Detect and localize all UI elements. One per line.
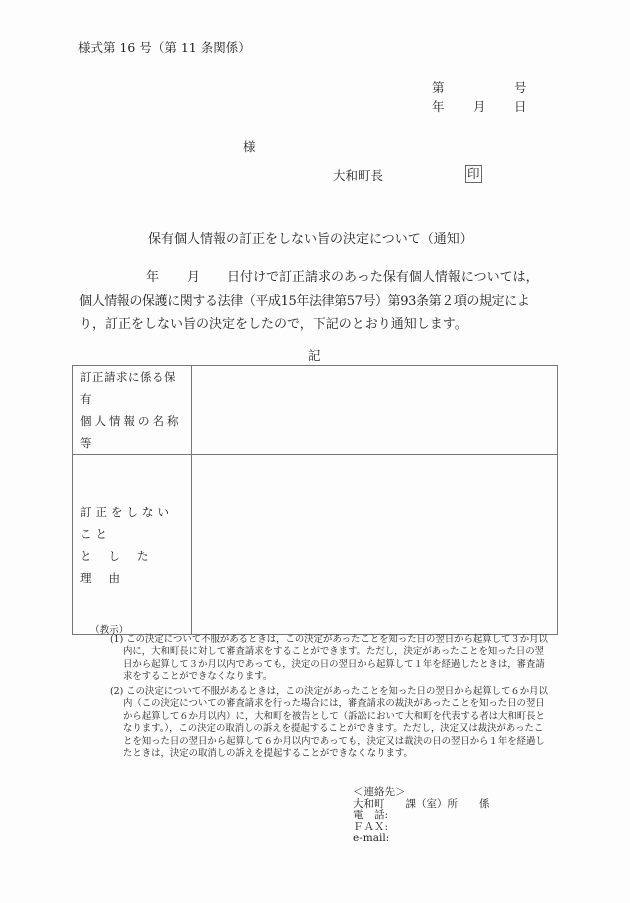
table-value-cell[interactable] (192, 455, 558, 635)
body-line2: 個人情報の保護に関する法律（平成15年法律第57号）第93条第２項の規定によ (79, 290, 529, 309)
table-label-cell: 訂正をしないこと とした理由 (73, 455, 192, 635)
body-line3: り，訂正をしない旨の決定をしたので，下記のとおり通知します。 (79, 313, 468, 332)
form-id: 様式第 16 号（第 11 条関係） (78, 38, 251, 56)
label-line: 訂正請求に係る保有 (73, 366, 191, 410)
record-heading: 記 (308, 346, 321, 364)
notice-list: (1) この決定について不服があるときは，この決定があったことを知った日の翌日か… (110, 634, 550, 760)
record-table: 訂正請求に係る保有 個人情報の名称等 訂正をしないこと とした理由 (72, 365, 558, 635)
contact-block: ＜連絡先＞ 大和町 課（室）所 係 電 話: ＦＡＸ: e-mail: (353, 787, 490, 845)
contact-heading: ＜連絡先＞ (353, 787, 490, 799)
addressee-honorific: 様 (243, 137, 256, 155)
seal-mark: 印 (465, 165, 482, 183)
body-line1: 日付けで訂正請求のあった保有個人情報については， (227, 266, 539, 285)
notice-item: (1) この決定について不服があるときは，この決定があったことを知った日の翌日か… (110, 634, 550, 686)
label-line: 個人情報の名称等 (73, 410, 191, 454)
table-value-cell[interactable] (192, 366, 558, 455)
body-year: 年 (146, 266, 159, 285)
contact-phone: 電 話: (353, 810, 490, 822)
date-year: 年 (432, 97, 445, 115)
table-row: 訂正請求に係る保有 個人情報の名称等 (73, 366, 558, 455)
notice-item: (2) この決定について不服があるときは，この決定があったことを知った日の翌日か… (110, 686, 550, 760)
notice-item-number: (2) (110, 686, 123, 697)
doc-number-prefix: 第 (432, 78, 445, 96)
table-label-cell: 訂正請求に係る保有 個人情報の名称等 (73, 366, 192, 455)
date-day: 日 (514, 97, 527, 115)
document-title: 保有個人情報の訂正をしない旨の決定について（通知） (148, 228, 473, 247)
notice-item-number: (1) (110, 634, 123, 645)
notice-item-text: この決定について不服があるときは，この決定があったことを知った日の翌日から起算し… (123, 686, 548, 759)
label-line: とした理由 (73, 545, 191, 589)
notice-item-text: この決定について不服があるときは，この決定があったことを知った日の翌日から起算し… (123, 634, 548, 682)
date-month: 月 (473, 97, 486, 115)
body-month: 月 (187, 266, 200, 285)
seal-icon: 印 (465, 165, 482, 183)
doc-number-suffix: 号 (514, 78, 527, 96)
label-line: 訂正をしないこと (73, 501, 191, 545)
table-row: 訂正をしないこと とした理由 (73, 455, 558, 635)
contact-email: e-mail: (353, 833, 490, 845)
sender-name: 大和町長 (333, 166, 383, 184)
